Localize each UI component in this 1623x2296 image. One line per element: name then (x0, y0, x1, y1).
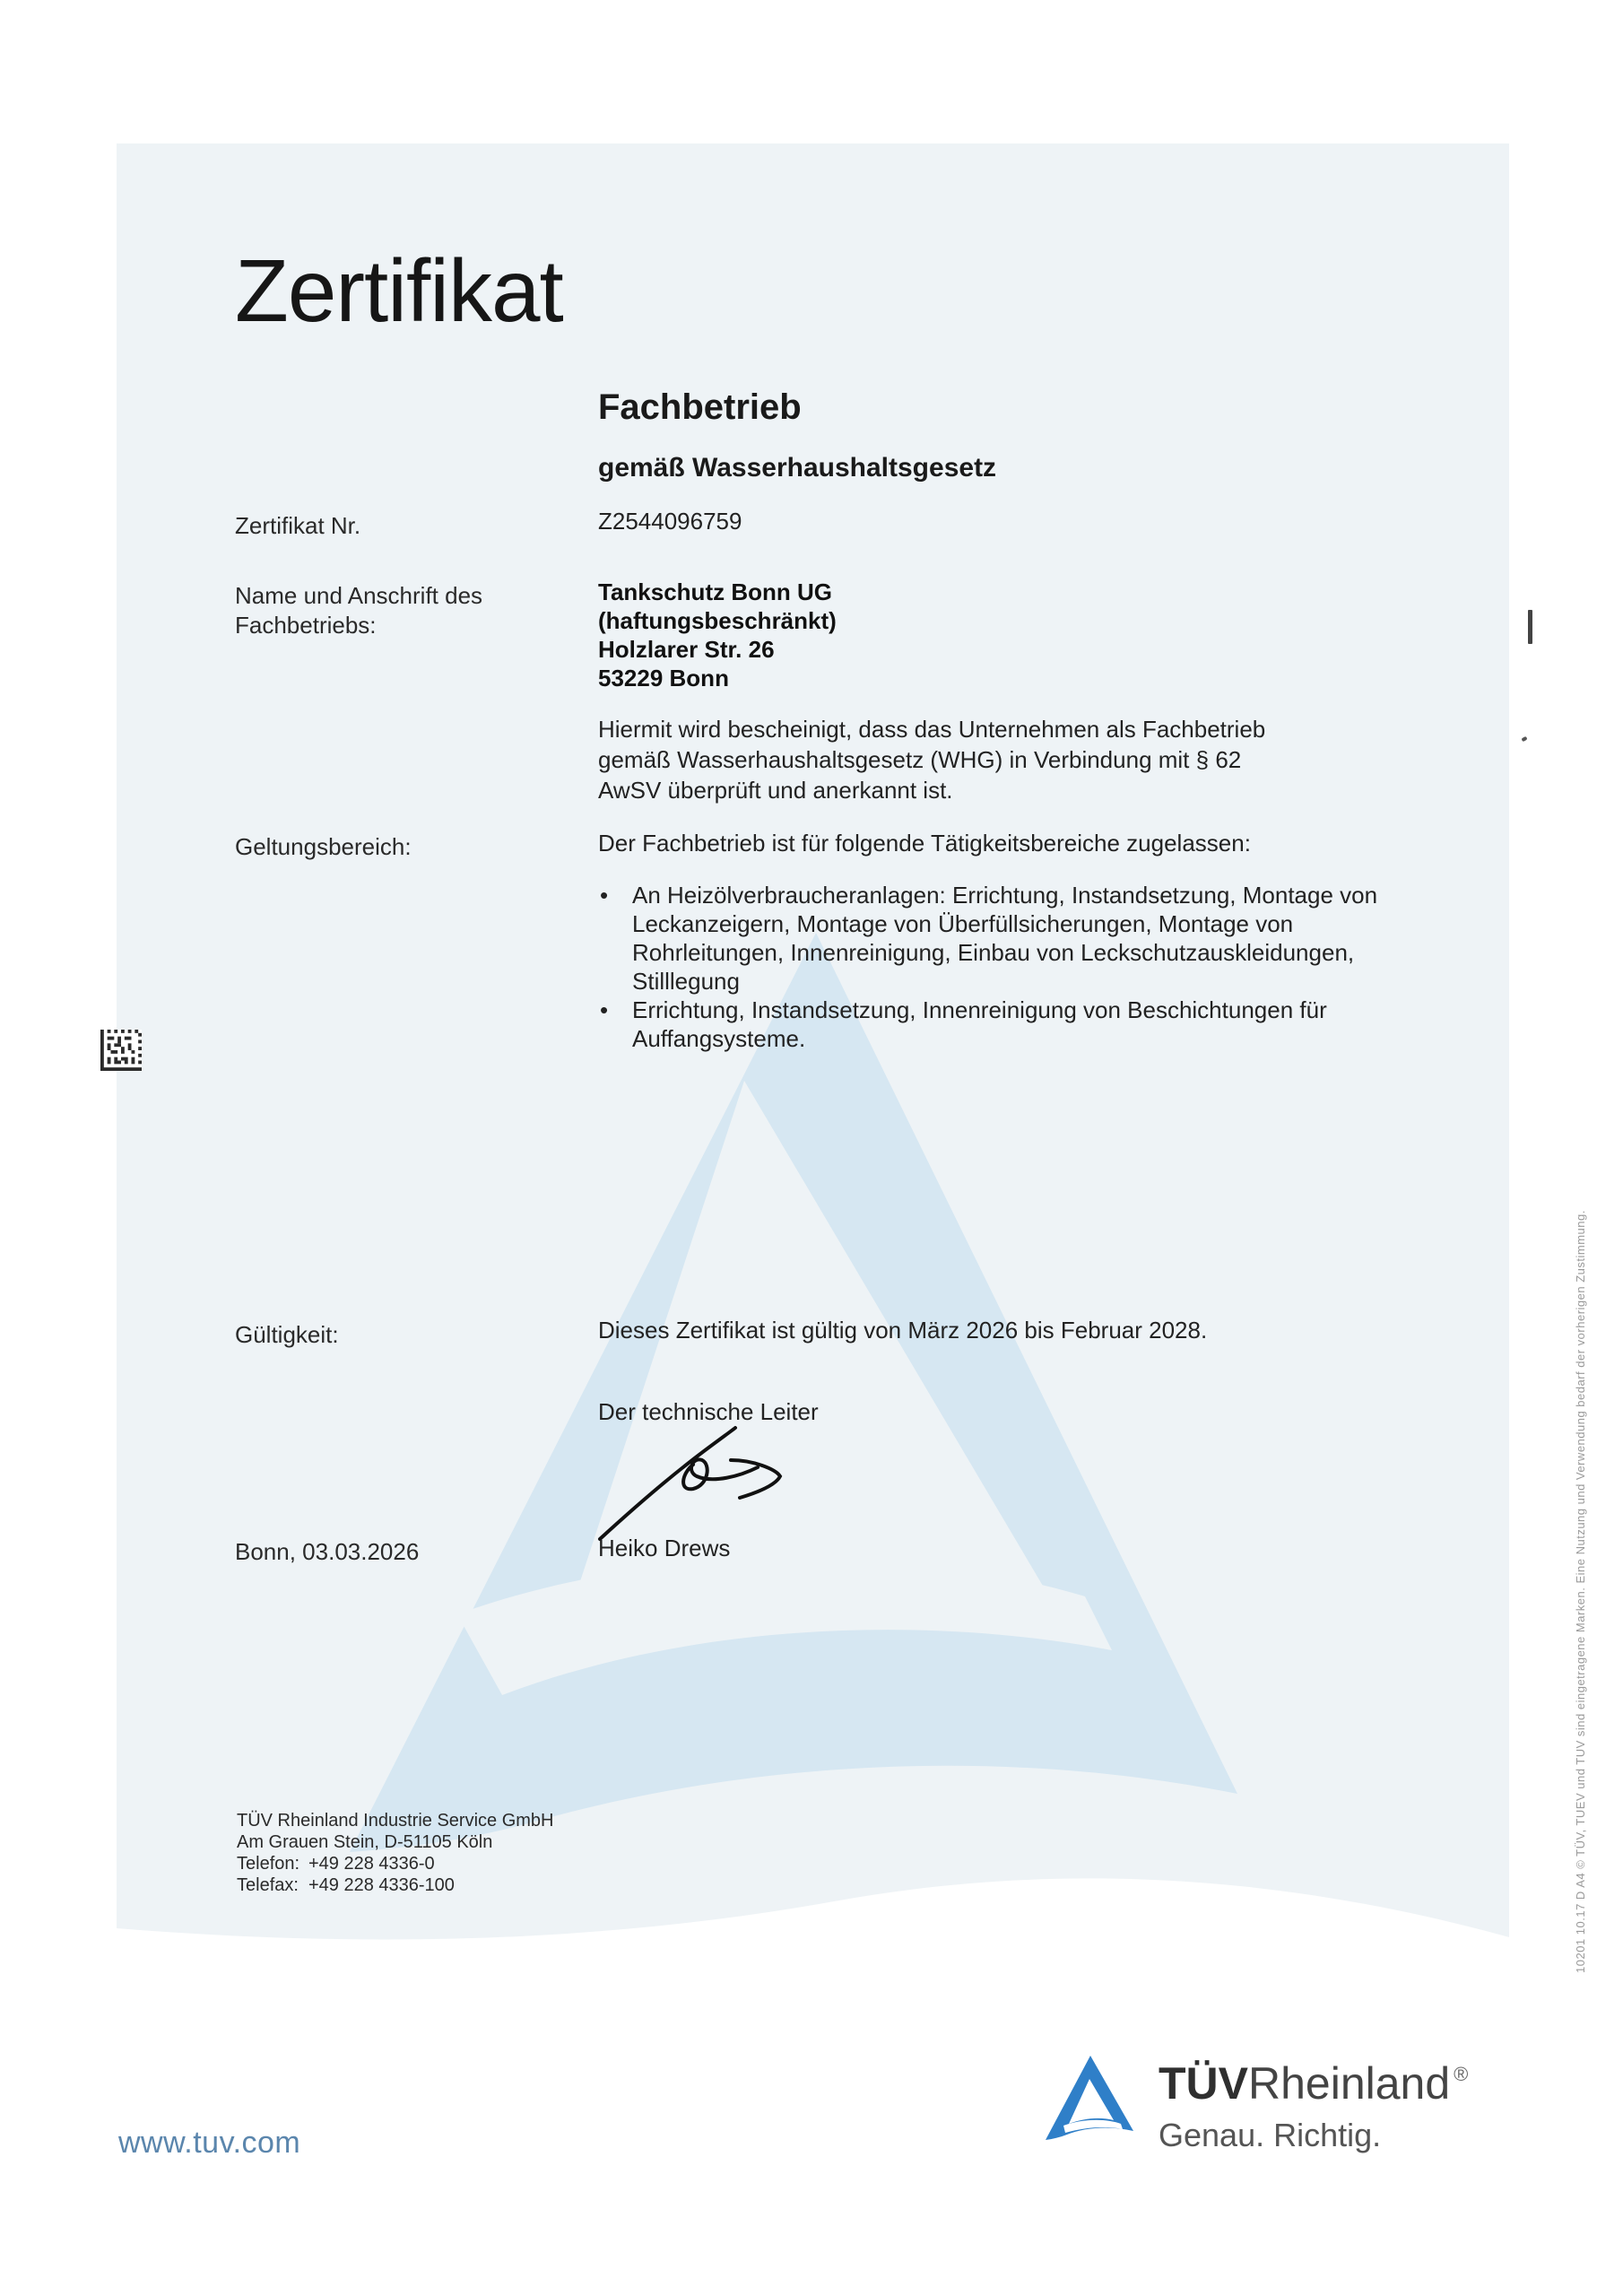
validity-label: Gültigkeit: (235, 1320, 339, 1350)
website-link[interactable]: www.tuv.com (118, 2126, 300, 2161)
certificate-background-panel (117, 143, 1509, 2009)
validity-text: Dieses Zertifikat ist gültig von März 20… (598, 1316, 1207, 1345)
company-street: Holzlarer Str. 26 (598, 635, 837, 664)
watermark-tuv-triangle-icon (117, 143, 1509, 2009)
issuer-address: TÜV Rheinland Industrie Service GmbH Am … (237, 1810, 553, 1896)
certificate-number-value: Z2544096759 (598, 507, 742, 536)
place-date: Bonn, 03.03.2026 (235, 1537, 419, 1567)
scope-item: Errichtung, Instandsetzung, Innenreinigu… (598, 996, 1405, 1053)
attestation-line: gemäß Wasserhaushaltsgesetz (WHG) in Ver… (598, 744, 1265, 775)
tuv-triangle-logo-icon (1040, 2054, 1146, 2144)
certificate-number-label: Zertifikat Nr. (235, 511, 360, 541)
attestation-line: Hiermit wird bescheinigt, dass das Unter… (598, 714, 1265, 744)
issuer-company: TÜV Rheinland Industrie Service GmbH (237, 1810, 553, 1831)
scan-mark (1528, 610, 1532, 644)
brand-name: TÜVRheinland® (1159, 2057, 1468, 2109)
tuv-rheinland-logo: TÜVRheinland® Genau. Richtig. (1040, 2045, 1524, 2170)
attestation-text: Hiermit wird bescheinigt, dass das Unter… (598, 714, 1265, 805)
attestation-line: AwSV überprüft und anerkannt ist. (598, 775, 1265, 805)
issuer-street: Am Grauen Stein, D-51105 Köln (237, 1831, 553, 1853)
company-city: 53229 Bonn (598, 664, 837, 692)
signatory-name: Heiko Drews (598, 1534, 730, 1563)
company-name-line2: (haftungsbeschränkt) (598, 606, 837, 635)
company-name-line1: Tankschutz Bonn UG (598, 578, 837, 606)
scope-item: An Heizölverbraucheranlagen: Errichtung,… (598, 881, 1405, 996)
document-title: Zertifikat (235, 240, 563, 342)
signature-icon (596, 1424, 803, 1545)
issuer-fax: Telefax:+49 228 4336-100 (237, 1874, 553, 1896)
brand-slogan: Genau. Richtig. (1159, 2117, 1381, 2154)
scope-list: An Heizölverbraucheranlagen: Errichtung,… (598, 881, 1405, 1053)
legal-side-note: 10201 10.17 D A4 © TÜV, TUEV und TUV sin… (1574, 1210, 1587, 1973)
scope-label: Geltungsbereich: (235, 832, 412, 862)
company-label-line1: Name und Anschrift des (235, 581, 482, 611)
company-label: Name und Anschrift des Fachbetriebs: (235, 581, 482, 640)
certificate-heading: Fachbetrieb (598, 387, 802, 428)
issuer-phone: Telefon:+49 228 4336-0 (237, 1853, 553, 1874)
signatory-role: Der technische Leiter (598, 1397, 819, 1427)
company-label-line2: Fachbetriebs: (235, 611, 482, 640)
datamatrix-code-icon (100, 1030, 142, 1071)
certificate-subheading: gemäß Wasserhaushaltsgesetz (598, 453, 996, 483)
scan-mark-dot (1521, 736, 1527, 742)
company-address: Tankschutz Bonn UG (haftungsbeschränkt) … (598, 578, 837, 692)
scope-intro: Der Fachbetrieb ist für folgende Tätigke… (598, 829, 1251, 858)
